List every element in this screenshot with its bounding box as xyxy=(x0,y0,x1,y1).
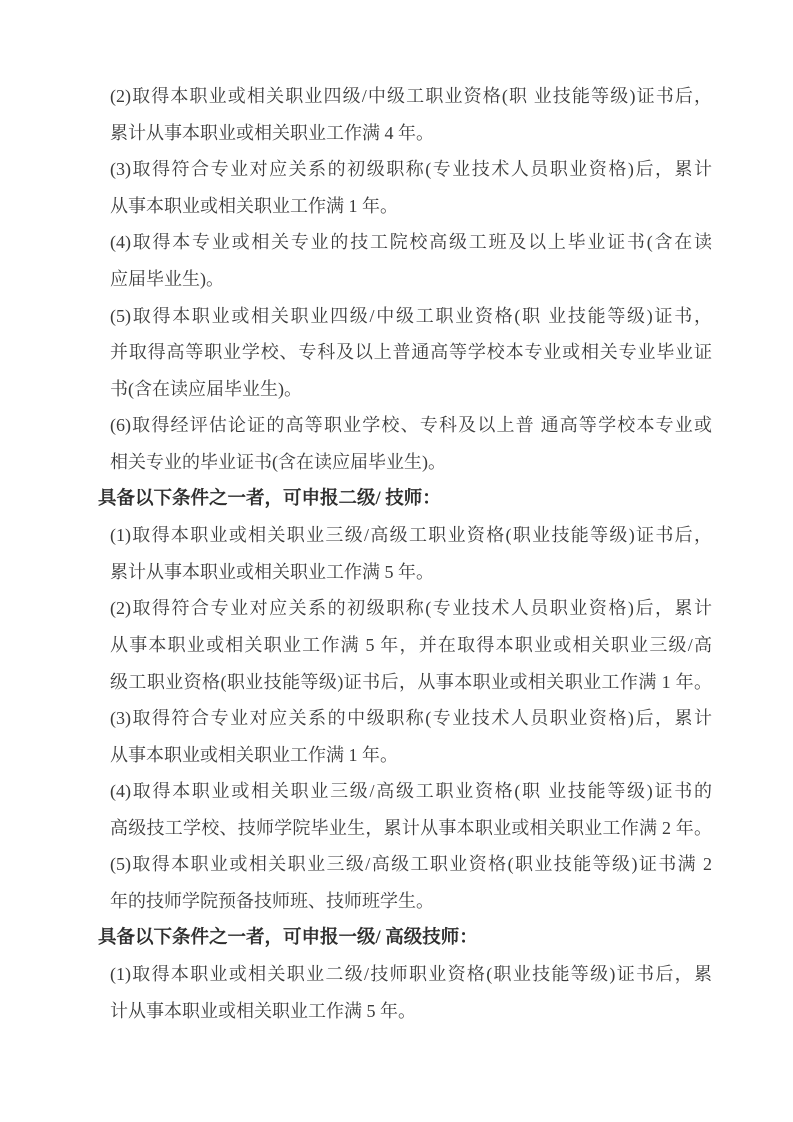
item-paragraph: (5)取得本职业或相关职业三级/高级工职业资格(职业技能等级)证书满 2 年的技… xyxy=(110,846,712,919)
paragraph-line: (2)取得本职业或相关职业四级/中级工职业资格(职 业技能等级)证书后， xyxy=(110,78,712,115)
paragraph-line: 从事本职业或相关职业工作满 5 年，并在取得本职业或相关职业三级/高 xyxy=(110,627,712,664)
paragraph-line: 书(含在读应届毕业生)。 xyxy=(110,371,712,408)
item-paragraph: (3)取得符合专业对应关系的初级职称(专业技术人员职业资格)后，累计 从事本职业… xyxy=(110,151,712,224)
paragraph-line: (6)取得经评估论证的高等职业学校、专科及以上普 通高等学校本专业或 xyxy=(110,407,712,444)
paragraph-line: 计从事本职业或相关职业工作满 5 年。 xyxy=(110,993,712,1030)
paragraph-line: (2)取得符合专业对应关系的初级职称(专业技术人员职业资格)后，累计 xyxy=(110,590,712,627)
paragraph-line: 高级技工学校、技师学院毕业生，累计从事本职业或相关职业工作满 2 年。 xyxy=(110,810,712,847)
paragraph-line: 相关专业的毕业证书(含在读应届毕业生)。 xyxy=(110,444,712,481)
paragraph-line: 从事本职业或相关职业工作满 1 年。 xyxy=(110,188,712,225)
item-paragraph: (1)取得本职业或相关职业三级/高级工职业资格(职业技能等级)证书后， 累计从事… xyxy=(110,517,712,590)
item-paragraph: (5)取得本职业或相关职业四级/中级工职业资格(职 业技能等级)证书， 并取得高… xyxy=(110,298,712,408)
paragraph-line: (5)取得本职业或相关职业四级/中级工职业资格(职 业技能等级)证书， xyxy=(110,298,712,335)
paragraph-line: 应届毕业生)。 xyxy=(110,261,712,298)
item-paragraph: (2)取得本职业或相关职业四级/中级工职业资格(职 业技能等级)证书后， 累计从… xyxy=(110,78,712,151)
item-paragraph: (4)取得本专业或相关专业的技工院校高级工班及以上毕业证书(含在读 应届毕业生)… xyxy=(110,224,712,297)
item-paragraph: (6)取得经评估论证的高等职业学校、专科及以上普 通高等学校本专业或 相关专业的… xyxy=(110,407,712,480)
document-page: (2)取得本职业或相关职业四级/中级工职业资格(职 业技能等级)证书后， 累计从… xyxy=(0,0,793,1122)
paragraph-line: (4)取得本职业或相关职业三级/高级工职业资格(职 业技能等级)证书的 xyxy=(110,773,712,810)
paragraph-line: 并取得高等职业学校、专科及以上普通高等学校本专业或相关专业毕业证 xyxy=(110,334,712,371)
paragraph-line: (1)取得本职业或相关职业三级/高级工职业资格(职业技能等级)证书后， xyxy=(110,517,712,554)
document-content: (2)取得本职业或相关职业四级/中级工职业资格(职 业技能等级)证书后， 累计从… xyxy=(110,78,712,1029)
paragraph-line: 从事本职业或相关职业工作满 1 年。 xyxy=(110,737,712,774)
paragraph-line: 累计从事本职业或相关职业工作满 4 年。 xyxy=(110,115,712,152)
section-heading-level1: 具备以下条件之一者，可申报一级/ 高级技师： xyxy=(98,920,712,957)
paragraph-line: 累计从事本职业或相关职业工作满 5 年。 xyxy=(110,554,712,591)
paragraph-line: (3)取得符合专业对应关系的初级职称(专业技术人员职业资格)后，累计 xyxy=(110,151,712,188)
paragraph-line: 年的技师学院预备技师班、技师班学生。 xyxy=(110,883,712,920)
paragraph-line: (5)取得本职业或相关职业三级/高级工职业资格(职业技能等级)证书满 2 xyxy=(110,846,712,883)
item-paragraph: (3)取得符合专业对应关系的中级职称(专业技术人员职业资格)后，累计 从事本职业… xyxy=(110,700,712,773)
item-paragraph: (2)取得符合专业对应关系的初级职称(专业技术人员职业资格)后，累计 从事本职业… xyxy=(110,590,712,700)
section-heading-level2: 具备以下条件之一者，可申报二级/ 技师： xyxy=(98,481,712,518)
item-paragraph: (1)取得本职业或相关职业二级/技师职业资格(职业技能等级)证书后，累 计从事本… xyxy=(110,956,712,1029)
paragraph-line: (3)取得符合专业对应关系的中级职称(专业技术人员职业资格)后，累计 xyxy=(110,700,712,737)
paragraph-line: (1)取得本职业或相关职业二级/技师职业资格(职业技能等级)证书后，累 xyxy=(110,956,712,993)
paragraph-line: (4)取得本专业或相关专业的技工院校高级工班及以上毕业证书(含在读 xyxy=(110,224,712,261)
paragraph-line: 级工职业资格(职业技能等级)证书后，从事本职业或相关职业工作满 1 年。 xyxy=(110,664,712,701)
item-paragraph: (4)取得本职业或相关职业三级/高级工职业资格(职 业技能等级)证书的 高级技工… xyxy=(110,773,712,846)
